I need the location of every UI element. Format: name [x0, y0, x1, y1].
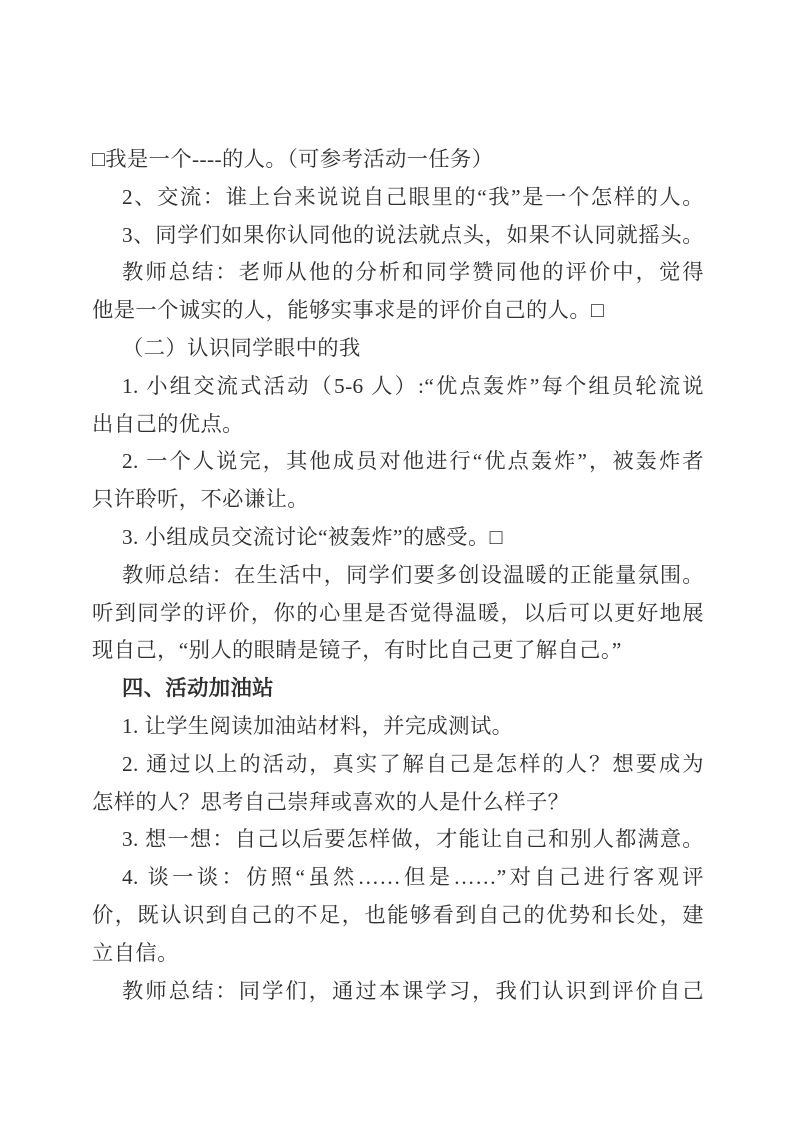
text-line: 教师总结：老师从他的分析和同学赞同他的评价中，觉得 [92, 254, 704, 292]
text-line: 听到同学的评价，你的心里是否觉得温暖，以后可以更好地展 [92, 595, 704, 633]
text-line: 2. 通过以上的活动，真实了解自己是怎样的人？想要成为 [92, 746, 704, 784]
text-line: 立自信。 [92, 935, 704, 973]
text-line: 1. 小组交流式活动（5-6 人）:“优点轰炸”每个组员轮流说 [92, 368, 704, 406]
text-line: 四、活动加油站 [92, 670, 704, 708]
text-line: （二）认识同学眼中的我 [92, 330, 704, 368]
text-line: 2. 一个人说完，其他成员对他进行“优点轰炸”，被轰炸者 [92, 443, 704, 481]
text-line: 价，既认识到自己的不足，也能够看到自己的优势和长处，建 [92, 897, 704, 935]
text-line: 3. 小组成员交流讨论“被轰炸”的感受。□ [92, 519, 704, 557]
text-line: 1. 让学生阅读加油站材料，并完成测试。 [92, 708, 704, 746]
text-line: 只许聆听，不必谦让。 [92, 481, 704, 519]
text-line: 出自己的优点。 [92, 406, 704, 444]
text-line: 3、同学们如果你认同他的说法就点头，如果不认同就摇头。 [92, 217, 704, 255]
text-line: 2、交流：谁上台来说说自己眼里的“我”是一个怎样的人。 [92, 179, 704, 217]
text-line: 现自己，“别人的眼睛是镜子，有时比自己更了解自己。” [92, 632, 704, 670]
text-line: □我是一个----的人。（可参考活动一任务） [92, 141, 704, 179]
text-line: 教师总结：同学们，通过本课学习，我们认识到评价自己 [92, 973, 704, 1011]
document-body: □我是一个----的人。（可参考活动一任务）2、交流：谁上台来说说自己眼里的“我… [92, 141, 704, 1010]
text-line: 3. 想一想：自己以后要怎样做，才能让自己和别人都满意。 [92, 821, 704, 859]
document-page: □我是一个----的人。（可参考活动一任务）2、交流：谁上台来说说自己眼里的“我… [0, 0, 793, 1122]
text-line: 教师总结：在生活中，同学们要多创设温暖的正能量氛围。 [92, 557, 704, 595]
text-line: 4. 谈一谈：仿照“虽然……但是……”对自己进行客观评 [92, 859, 704, 897]
text-line: 他是一个诚实的人，能够实事求是的评价自己的人。□ [92, 292, 704, 330]
text-line: 怎样的人？思考自己崇拜或喜欢的人是什么样子？ [92, 784, 704, 822]
